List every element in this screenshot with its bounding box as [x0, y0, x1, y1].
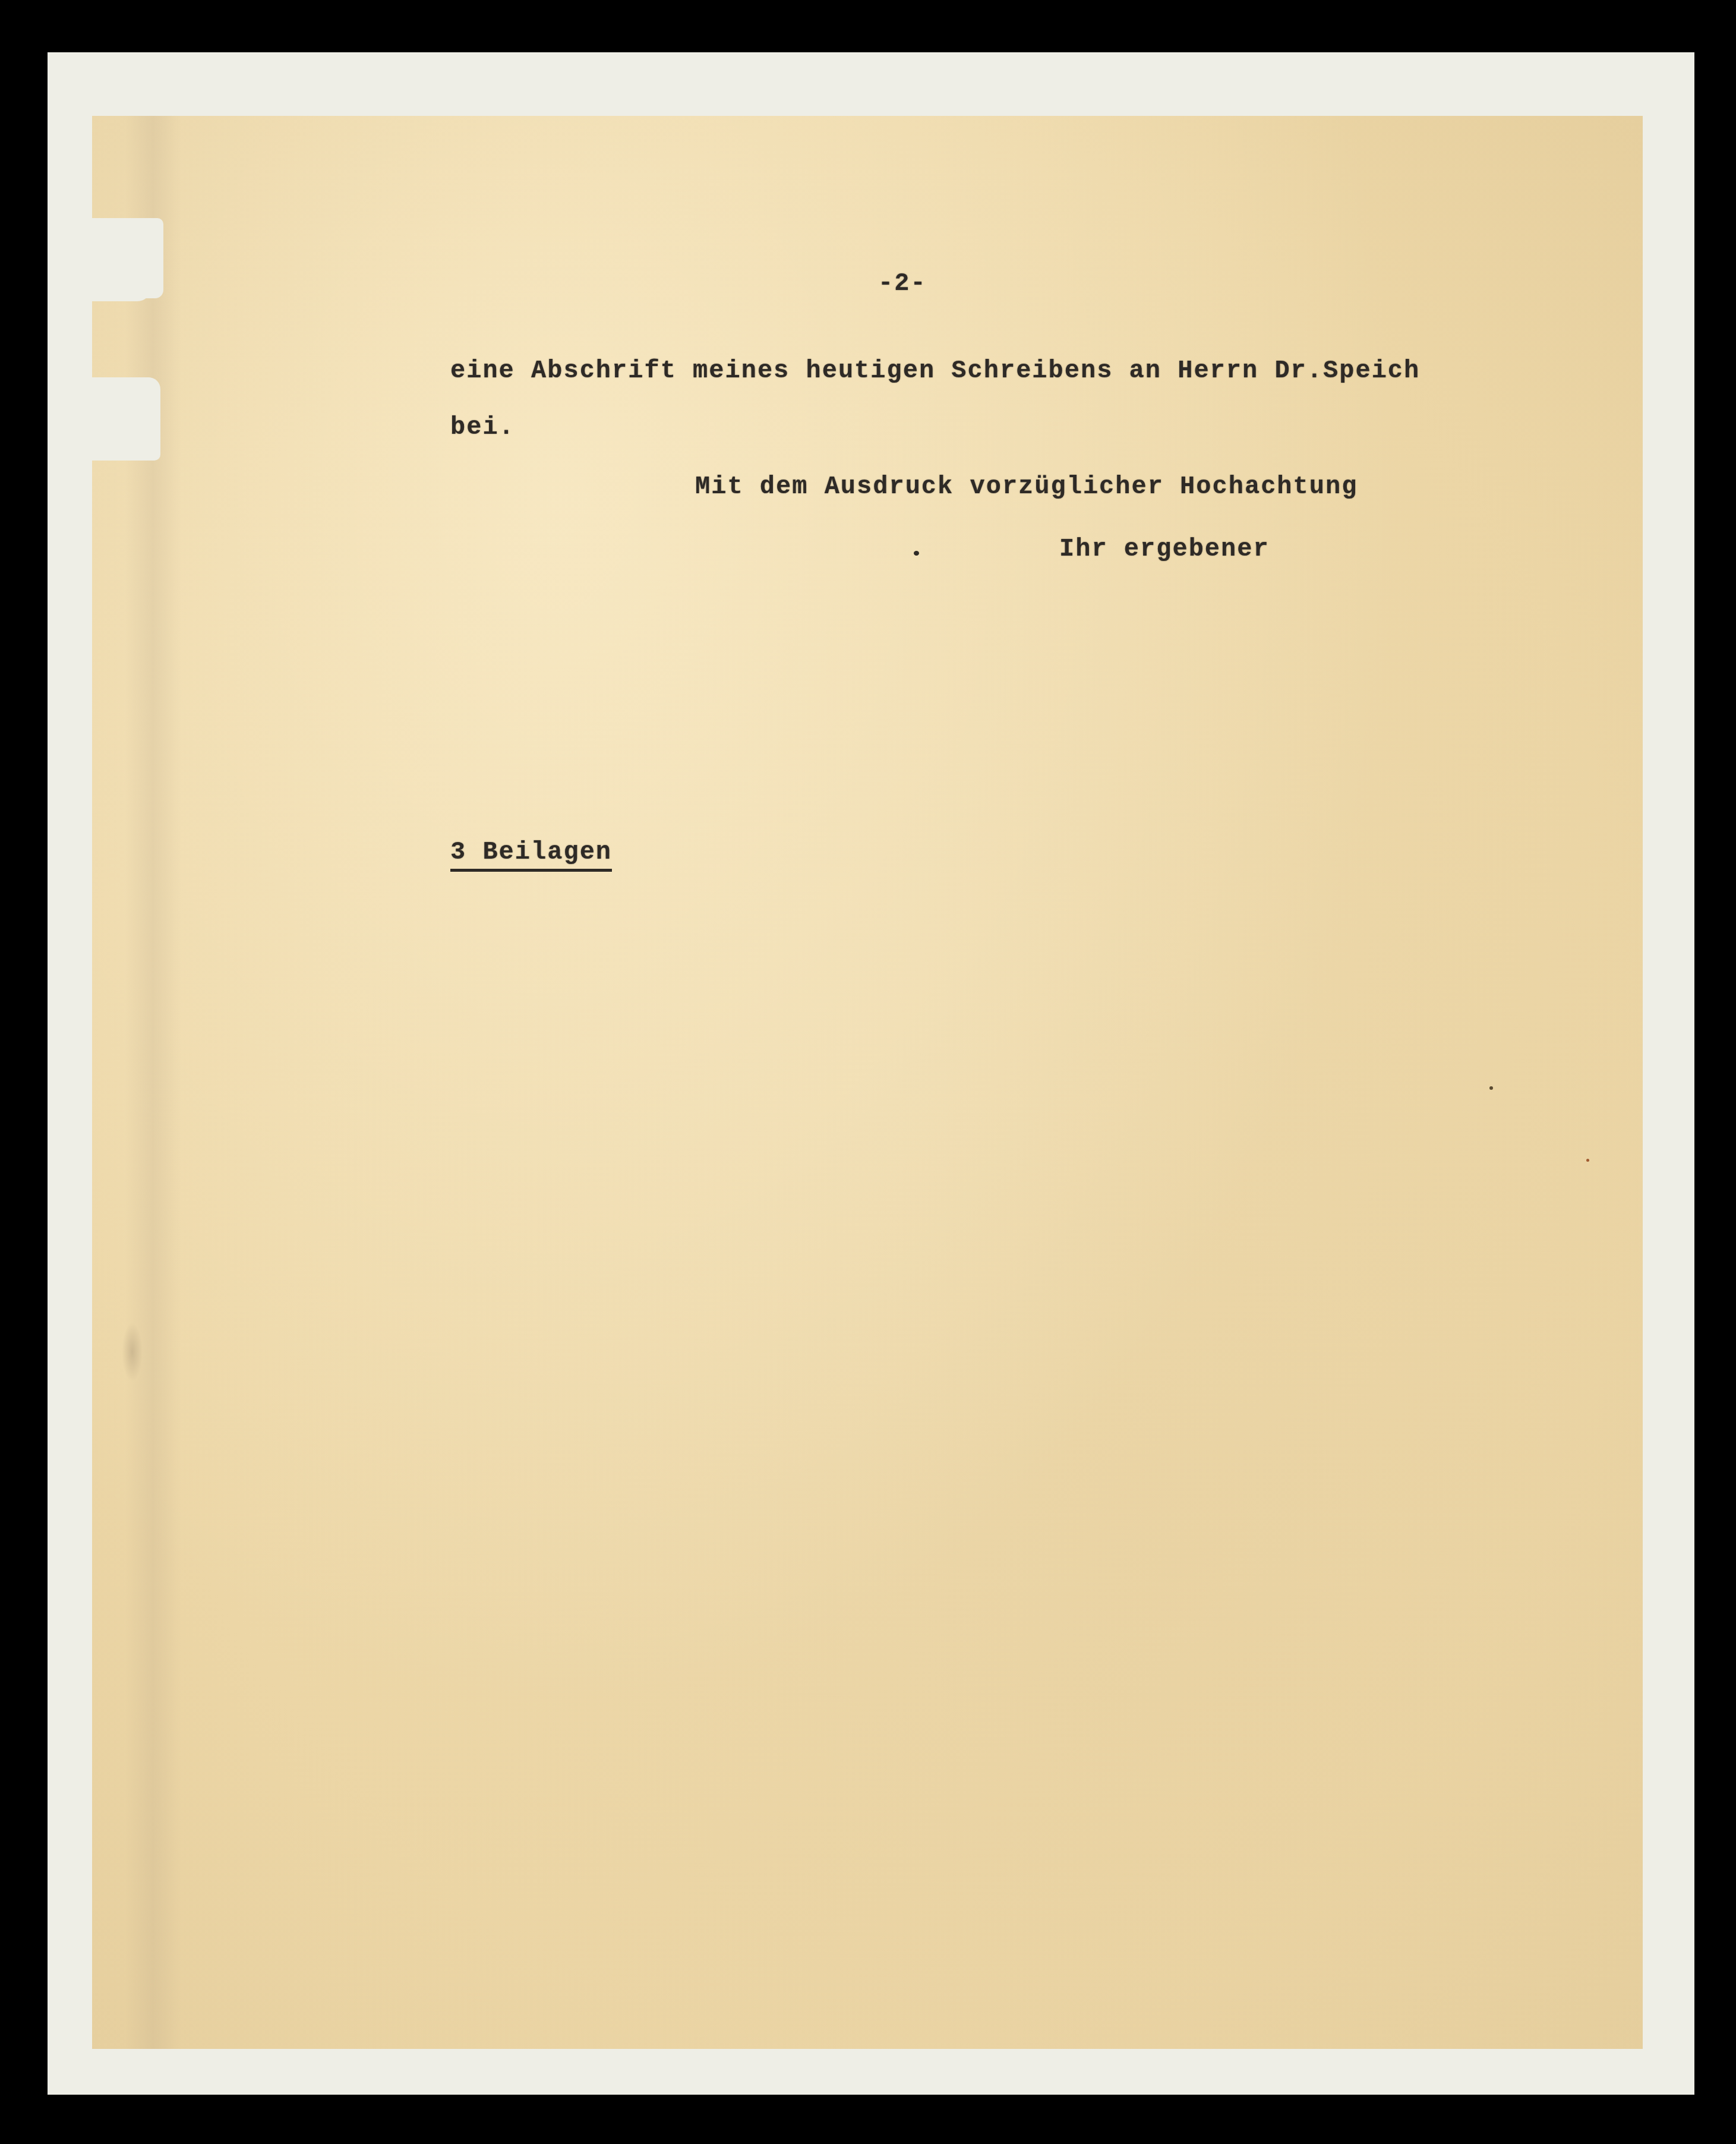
ink-dot: [914, 551, 919, 556]
body-line: bei.: [450, 413, 515, 442]
document-page: -2- eine Abschrift meines heutigen Schre…: [92, 116, 1643, 2049]
page-number: -2-: [878, 269, 927, 298]
enclosures-note: 3 Beilagen: [450, 838, 612, 872]
closing-salutation: Mit dem Ausdruck vorzüglicher Hochachtun…: [695, 472, 1358, 501]
torn-edge-notch: [116, 218, 163, 298]
ink-dot: [1586, 1159, 1589, 1162]
torn-edge-notch: [92, 377, 160, 461]
signature-phrase: Ihr ergebener: [1059, 535, 1270, 563]
ink-dot: [1489, 1086, 1493, 1090]
paper-smudge: [122, 1322, 143, 1382]
body-line: eine Abschrift meines heutigen Schreiben…: [450, 357, 1420, 385]
